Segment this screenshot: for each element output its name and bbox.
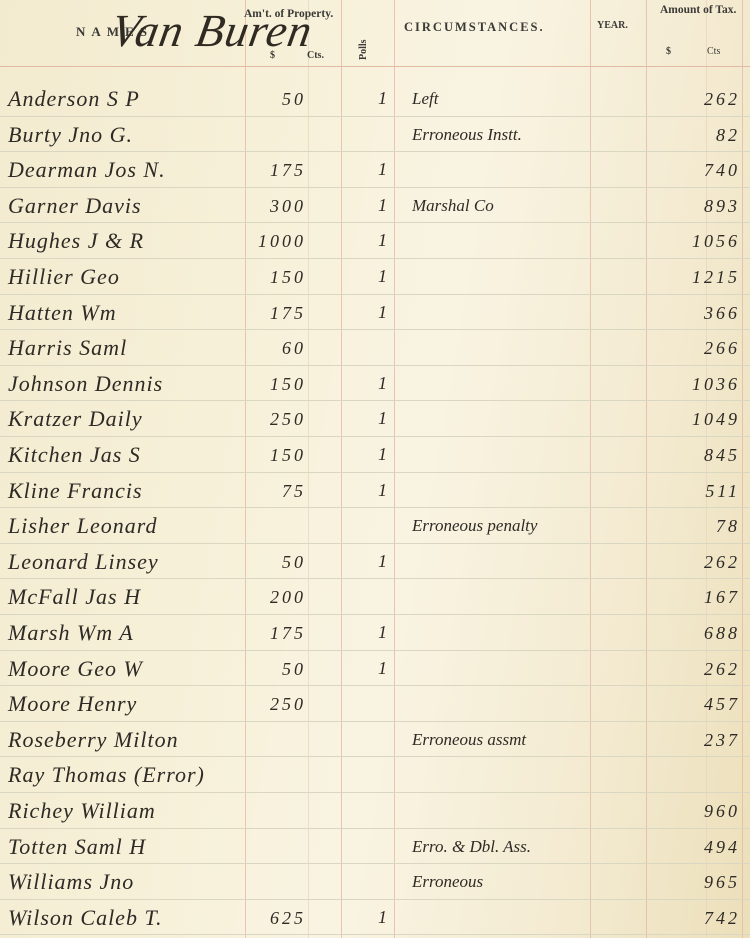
polls-count: 1 — [378, 266, 387, 287]
taxpayer-name: Kitchen Jas S — [8, 442, 141, 468]
tax-amount: 960 — [650, 801, 740, 822]
property-value: 625 — [242, 908, 306, 929]
ledger-row: McFall Jas H200167 — [0, 578, 750, 615]
tax-amount: 1049 — [650, 409, 740, 430]
property-dollars-header: $ — [270, 50, 275, 61]
ledger-row: Moore Henry250457 — [0, 685, 750, 722]
tax-dollars-header: $ — [666, 46, 671, 57]
tax-amount: 740 — [650, 160, 740, 181]
ledger-row: Moore Geo W501262 — [0, 650, 750, 687]
property-column-header: Am't. of Property. — [244, 8, 333, 20]
polls-count: 1 — [378, 230, 387, 251]
ledger-row: Wilson Caleb T.6251742 — [0, 899, 750, 936]
tax-amount: 262 — [650, 89, 740, 110]
taxpayer-name: Richey William — [8, 798, 156, 824]
circumstances-note: Erroneous — [412, 872, 483, 892]
tax-amount: 262 — [650, 552, 740, 573]
polls-count: 1 — [378, 159, 387, 180]
taxpayer-name: Burty Jno G. — [8, 122, 133, 148]
taxpayer-name: Anderson S P — [8, 86, 140, 112]
polls-count: 1 — [378, 622, 387, 643]
property-value: 60 — [242, 338, 306, 359]
tax-amount: 965 — [650, 872, 740, 893]
circumstances-note: Marshal Co — [412, 196, 494, 216]
ledger-row: Lisher LeonardErroneous penalty78 — [0, 507, 750, 544]
taxpayer-name: Lisher Leonard — [8, 513, 157, 539]
tax-amount: 266 — [650, 338, 740, 359]
circumstances-note: Erroneous penalty — [412, 516, 537, 536]
taxpayer-name: Dearman Jos N. — [8, 157, 166, 183]
tax-amount: 688 — [650, 623, 740, 644]
taxpayer-name: Totten Saml H — [8, 834, 146, 860]
polls-count: 1 — [378, 302, 387, 323]
taxpayer-name: Williams Jno — [8, 869, 134, 895]
ledger-row: Hillier Geo15011215 — [0, 258, 750, 295]
property-value: 175 — [242, 623, 306, 644]
tax-amount: 511 — [650, 481, 740, 502]
taxpayer-name: Roseberry Milton — [8, 727, 179, 753]
taxpayer-name: Marsh Wm A — [8, 620, 134, 646]
property-value: 175 — [242, 160, 306, 181]
polls-count: 1 — [378, 480, 387, 501]
taxpayer-name: Kline Francis — [8, 478, 143, 504]
property-value: 50 — [242, 659, 306, 680]
ledger-row: Richey William960 — [0, 792, 750, 829]
taxpayer-name: McFall Jas H — [8, 584, 141, 610]
polls-count: 1 — [378, 373, 387, 394]
tax-amount: 1036 — [650, 374, 740, 395]
ledger-row: Hughes J & R100011056 — [0, 222, 750, 259]
property-value: 200 — [242, 587, 306, 608]
circumstances-note: Left — [412, 89, 438, 109]
ledger-row: Leonard Linsey501262 — [0, 543, 750, 580]
tax-amount: 262 — [650, 659, 740, 680]
taxpayer-name: Johnson Dennis — [8, 371, 163, 397]
taxpayer-name: Moore Geo W — [8, 656, 143, 682]
taxpayer-name: Kratzer Daily — [8, 406, 143, 432]
ledger-row: Garner Davis3001Marshal Co893 — [0, 187, 750, 224]
ledger-row: Kitchen Jas S1501845 — [0, 436, 750, 473]
property-value: 1000 — [242, 231, 306, 252]
header-rule — [0, 66, 750, 67]
tax-amount: 1215 — [650, 267, 740, 288]
property-value: 50 — [242, 552, 306, 573]
ledger-row: Anderson S P501Left262 — [0, 80, 750, 117]
tax-amount: 82 — [650, 125, 740, 146]
tax-amount: 457 — [650, 694, 740, 715]
taxpayer-name: Leonard Linsey — [8, 549, 159, 575]
ledger-row: Ray Thomas (Error) — [0, 756, 750, 793]
tax-amount: 366 — [650, 303, 740, 324]
ledger-row: Marsh Wm A1751688 — [0, 614, 750, 651]
property-value: 150 — [242, 374, 306, 395]
ledger-row: Dearman Jos N.1751740 — [0, 151, 750, 188]
ledger-row: Williams JnoErroneous965 — [0, 863, 750, 900]
polls-count: 1 — [378, 907, 387, 928]
polls-count: 1 — [378, 195, 387, 216]
ledger-row: Burty Jno G.Erroneous Instt.82 — [0, 116, 750, 153]
tax-amount: 237 — [650, 730, 740, 751]
tax-amount: 494 — [650, 837, 740, 858]
circumstances-note: Erroneous assmt — [412, 730, 526, 750]
polls-count: 1 — [378, 551, 387, 572]
ledger-row: Johnson Dennis15011036 — [0, 365, 750, 402]
taxpayer-name: Harris Saml — [8, 335, 127, 361]
property-value: 175 — [242, 303, 306, 324]
tax-amount: 742 — [650, 908, 740, 929]
taxpayer-name: Hatten Wm — [8, 300, 117, 326]
ledger-row: Harris Saml60266 — [0, 329, 750, 366]
property-value: 50 — [242, 89, 306, 110]
polls-count: 1 — [378, 658, 387, 679]
circumstances-column-header: CIRCUMSTANCES. — [404, 20, 545, 35]
property-value: 250 — [242, 694, 306, 715]
property-value: 300 — [242, 196, 306, 217]
property-cents-header: Cts. — [307, 50, 324, 61]
ledger-page: NAMES Van Buren Am't. of Property. $ Cts… — [0, 0, 750, 938]
ledger-row: Totten Saml HErro. & Dbl. Ass.494 — [0, 828, 750, 865]
property-value: 150 — [242, 445, 306, 466]
polls-count: 1 — [378, 88, 387, 109]
polls-count: 1 — [378, 444, 387, 465]
tax-amount: 167 — [650, 587, 740, 608]
property-value: 150 — [242, 267, 306, 288]
taxpayer-name: Hughes J & R — [8, 228, 144, 254]
taxpayer-name: Hillier Geo — [8, 264, 120, 290]
taxpayer-name: Garner Davis — [8, 193, 142, 219]
taxpayer-name: Wilson Caleb T. — [8, 905, 163, 931]
year-column-header: YEAR. — [597, 20, 628, 31]
ledger-row: Hatten Wm1751366 — [0, 294, 750, 331]
tax-amount: 845 — [650, 445, 740, 466]
tax-amount: 1056 — [650, 231, 740, 252]
tax-amount: 893 — [650, 196, 740, 217]
taxpayer-name: Moore Henry — [8, 691, 137, 717]
circumstances-note: Erro. & Dbl. Ass. — [412, 837, 531, 857]
tax-cents-header: Cts — [707, 46, 720, 57]
taxpayer-name: Ray Thomas (Error) — [8, 762, 205, 788]
circumstances-note: Erroneous Instt. — [412, 125, 522, 145]
tax-column-header: Amount of Tax. — [660, 4, 736, 16]
ledger-row: Kratzer Daily25011049 — [0, 400, 750, 437]
polls-column-header: Polls — [358, 39, 369, 60]
property-value: 75 — [242, 481, 306, 502]
property-value: 250 — [242, 409, 306, 430]
tax-amount: 78 — [650, 516, 740, 537]
ledger-row: Roseberry MiltonErroneous assmt237 — [0, 721, 750, 758]
polls-count: 1 — [378, 408, 387, 429]
ledger-row: Kline Francis751511 — [0, 472, 750, 509]
